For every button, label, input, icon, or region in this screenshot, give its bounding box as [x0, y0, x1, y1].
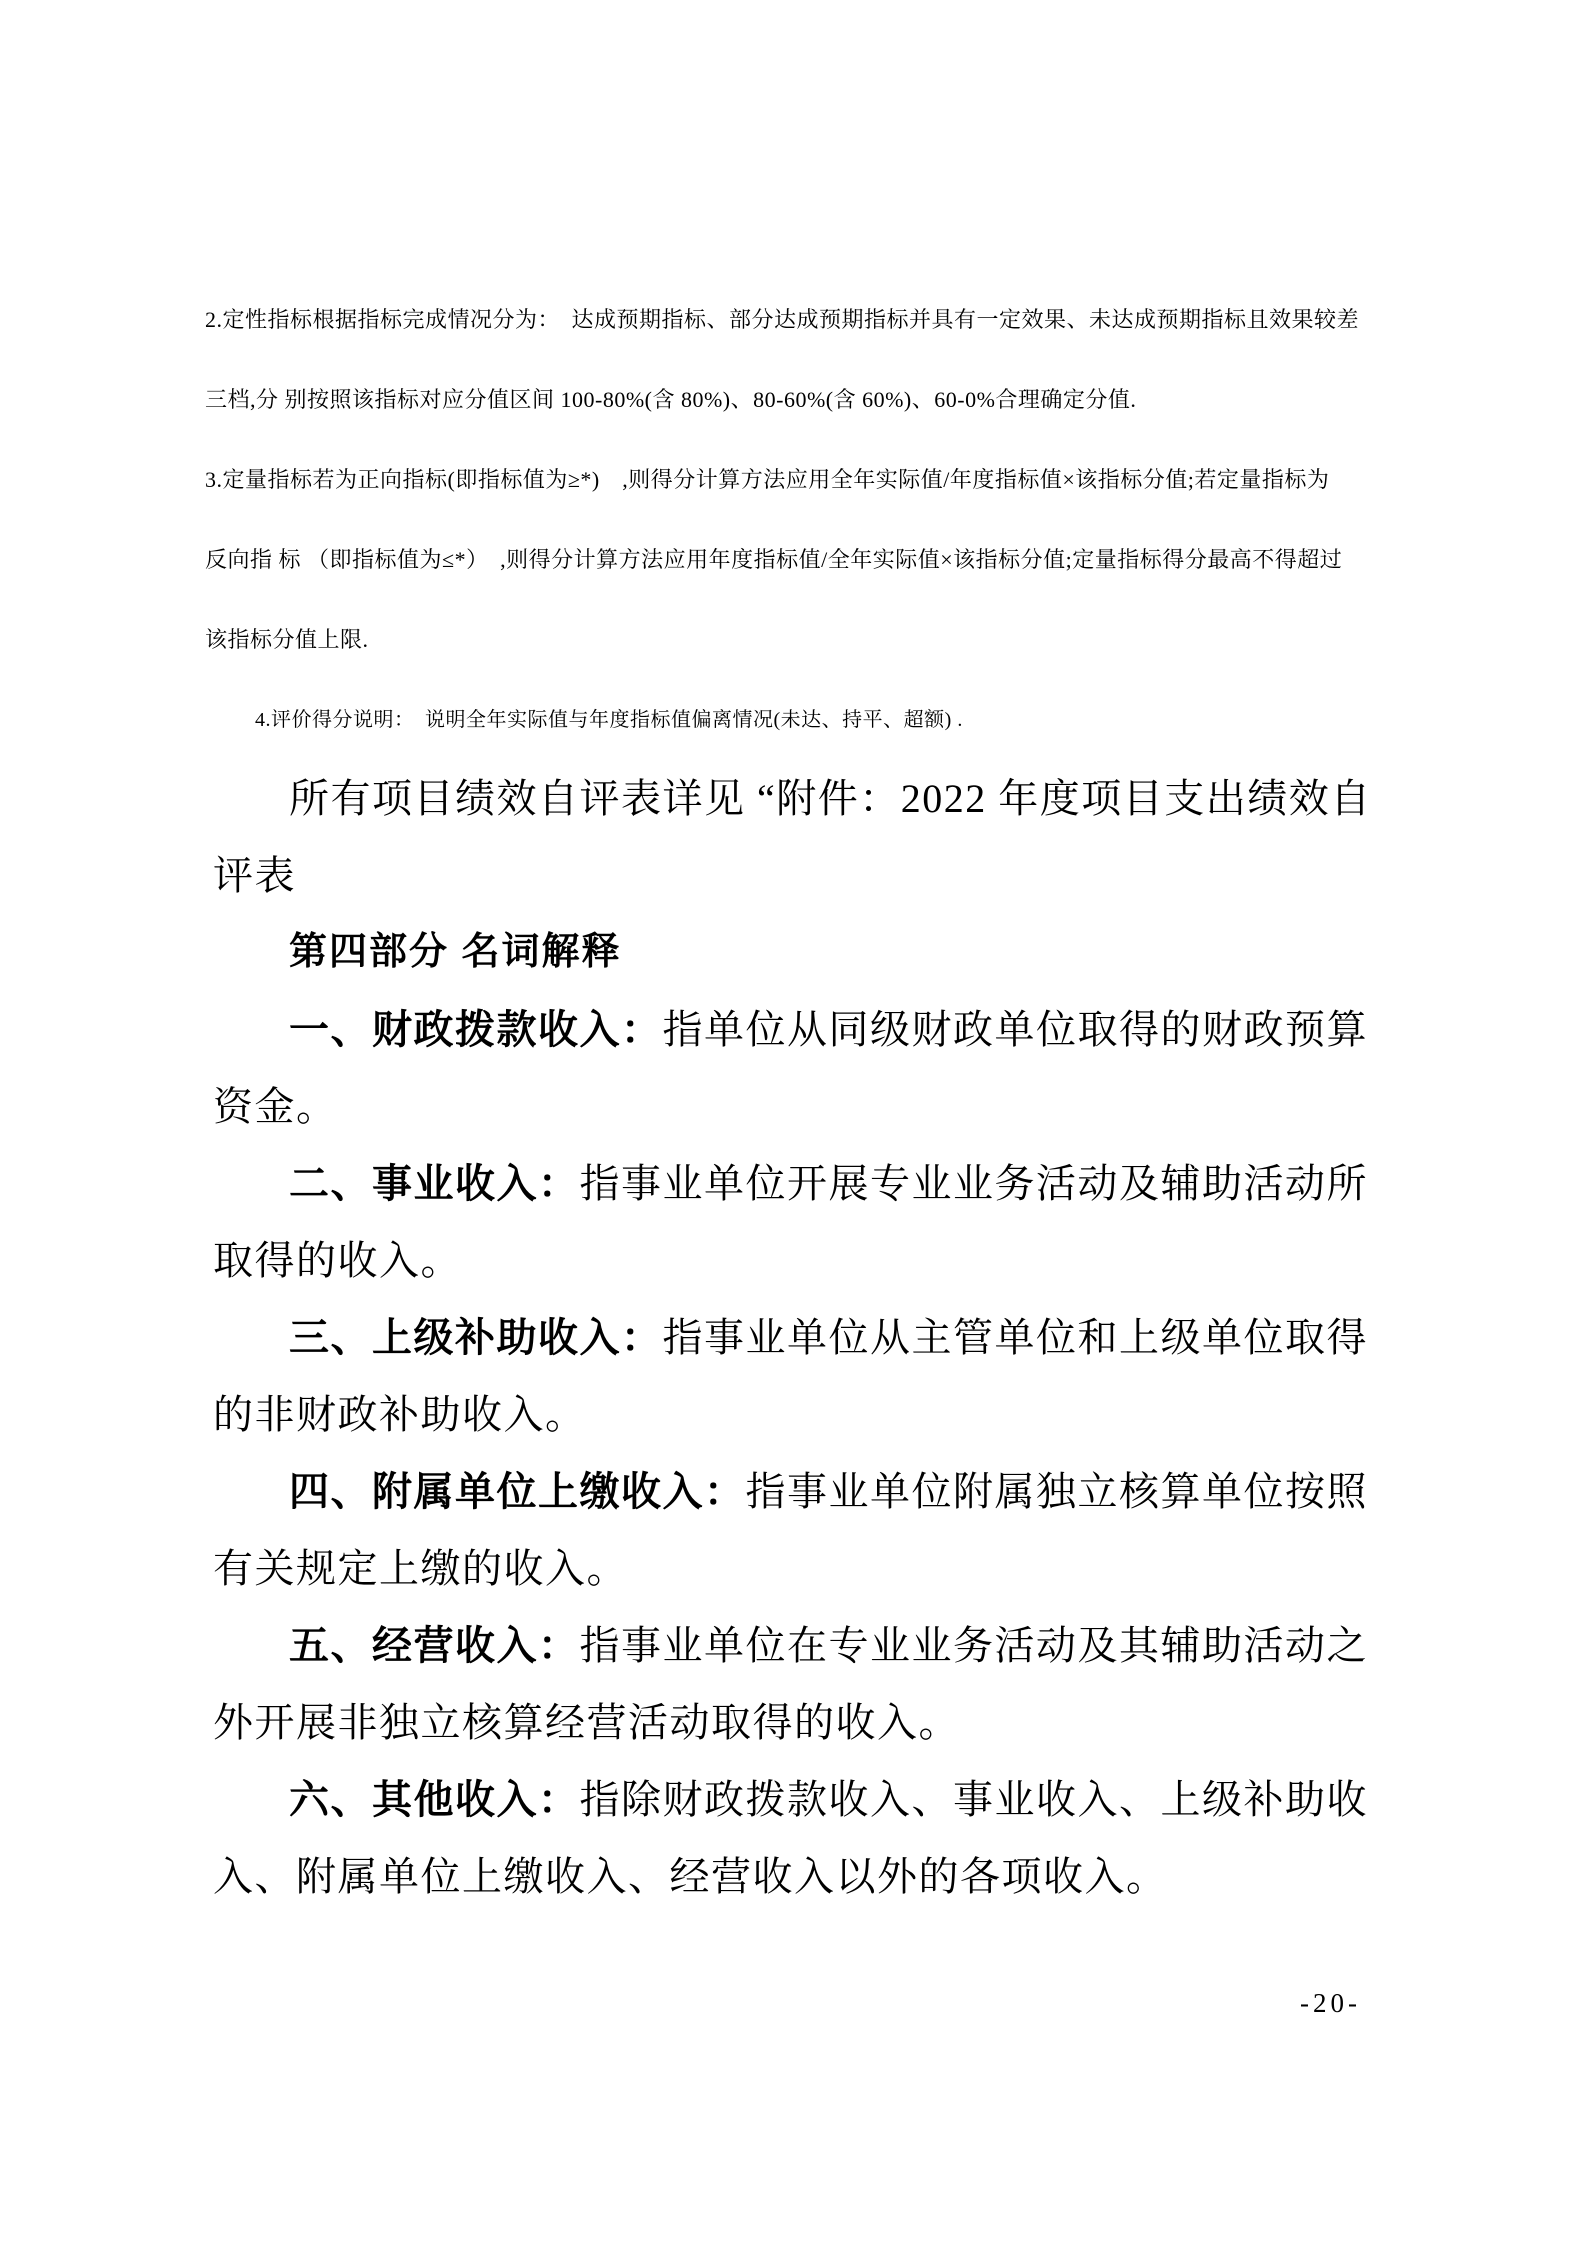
- document-page: 2.定性指标根据指标完成情况分为： 达成预期指标、部分达成预期指标并具有一定效果…: [0, 0, 1587, 2245]
- annotation-line-3: 3.定量指标若为正向指标(即指标值为≥*) ,则得分计算方法应用全年实际值/年度…: [205, 440, 1460, 520]
- term-item-2-line-1: 二、事业收入：指事业单位开展专业业务活动及辅助活动所: [205, 1145, 1460, 1222]
- annotation-line-5: 该指标分值上限.: [205, 600, 1460, 680]
- annotation-line-4: 反向指 标 （即指标值为≤*） ,则得分计算方法应用年度指标值/全年实际值×该指…: [205, 520, 1460, 600]
- term-item-1-line-2: 资金。: [205, 1068, 1460, 1145]
- term-text: 指事业单位从主管单位和上级单位取得: [663, 1315, 1369, 1360]
- term-item-6-line-1: 六、其他收入：指除财政拨款收入、事业收入、上级补助收: [205, 1761, 1460, 1838]
- annotation-line-1: 2.定性指标根据指标完成情况分为： 达成预期指标、部分达成预期指标并具有一定效果…: [205, 280, 1460, 360]
- term-item-6-line-2: 入、附属单位上缴收入、经营收入以外的各项收入。: [205, 1838, 1460, 1915]
- term-text: 指单位从同级财政单位取得的财政预算: [663, 1007, 1369, 1052]
- attachment-note-line-2: 评表: [205, 837, 1460, 914]
- term-lead: 四、附属单位上缴收入：: [289, 1469, 746, 1514]
- term-text: 指事业单位开展专业业务活动及辅助活动所: [580, 1161, 1369, 1206]
- term-text: 指事业单位在专业业务活动及其辅助活动之: [580, 1623, 1369, 1668]
- page-number: -20-: [1300, 1988, 1361, 2019]
- annotation-line-2: 三档,分 别按照该指标对应分值区间 100-80%(含 80%)、80-60%(…: [205, 360, 1460, 440]
- term-lead: 五、经营收入：: [289, 1623, 580, 1668]
- annotation-line-6: 4.评价得分说明： 说明全年实际值与年度指标值偏离情况(未达、持平、超额) .: [205, 680, 1460, 760]
- term-item-5-line-2: 外开展非独立核算经营活动取得的收入。: [205, 1684, 1460, 1761]
- section-heading: 第四部分 名词解释: [205, 914, 1460, 991]
- term-lead: 一、财政拨款收入：: [289, 1007, 663, 1052]
- term-lead: 二、事业收入：: [289, 1161, 580, 1206]
- term-item-4-line-1: 四、附属单位上缴收入：指事业单位附属独立核算单位按照: [205, 1453, 1460, 1530]
- term-item-3-line-2: 的非财政补助收入。: [205, 1376, 1460, 1453]
- term-lead: 三、上级补助收入：: [289, 1315, 663, 1360]
- term-item-1-line-1: 一、财政拨款收入：指单位从同级财政单位取得的财政预算: [205, 991, 1460, 1068]
- document-content: 2.定性指标根据指标完成情况分为： 达成预期指标、部分达成预期指标并具有一定效果…: [205, 280, 1460, 1915]
- term-item-4-line-2: 有关规定上缴的收入。: [205, 1530, 1460, 1607]
- term-item-5-line-1: 五、经营收入：指事业单位在专业业务活动及其辅助活动之: [205, 1607, 1460, 1684]
- term-item-2-line-2: 取得的收入。: [205, 1222, 1460, 1299]
- attachment-note-line-1: 所有项目绩效自评表详见 “附件：2022 年度项目支出绩效自: [205, 760, 1460, 837]
- term-text: 指事业单位附属独立核算单位按照: [746, 1469, 1369, 1514]
- term-item-3-line-1: 三、上级补助收入：指事业单位从主管单位和上级单位取得: [205, 1299, 1460, 1376]
- term-lead: 六、其他收入：: [289, 1777, 580, 1822]
- term-text: 指除财政拨款收入、事业收入、上级补助收: [580, 1777, 1369, 1822]
